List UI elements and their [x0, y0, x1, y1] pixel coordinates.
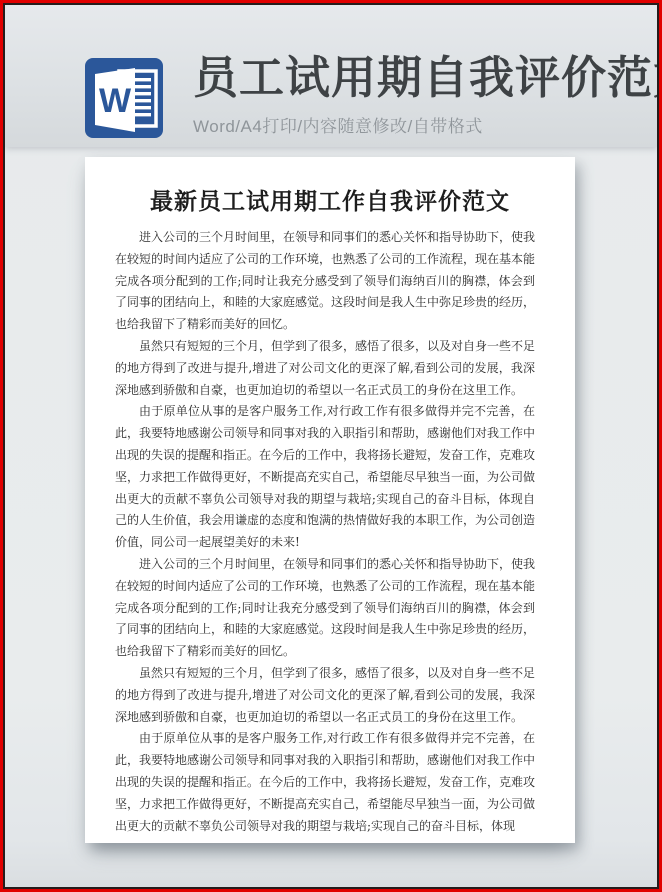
header-text-block: 员工试用期自我评价范文 Word/A4打印/内容随意修改/自带格式 — [193, 53, 662, 137]
doc-paragraph: 虽然只有短短的三个月，但学到了很多，感悟了很多，以及对自身一些不足的地方得到了改… — [115, 336, 535, 401]
doc-paragraph: 进入公司的三个月时间里，在领导和同事们的悉心关怀和指导协助下，使我在较短的时间内… — [115, 227, 535, 336]
doc-paragraph: 进入公司的三个月时间里，在领导和同事们的悉心关怀和指导协助下，使我在较短的时间内… — [115, 554, 535, 663]
doc-paragraph: 由于原单位从事的是客户服务工作,对行政工作有很多做得并完不完善，在此，我要特地感… — [115, 728, 535, 837]
word-icon-letter: W — [99, 82, 132, 120]
doc-paragraph: 虽然只有短短的三个月，但学到了很多，感悟了很多，以及对自身一些不足的地方得到了改… — [115, 663, 535, 728]
document-body: 进入公司的三个月时间里，在领导和同事们的悉心关怀和指导协助下，使我在较短的时间内… — [115, 227, 535, 837]
page-subtitle: Word/A4打印/内容随意修改/自带格式 — [193, 112, 662, 137]
template-preview-page: { "frame": { "outer_color": "#e10000", "… — [0, 0, 662, 892]
document-title: 最新员工试用期工作自我评价范文 — [115, 187, 545, 217]
page-title: 员工试用期自我评价范文 — [193, 53, 662, 103]
doc-paragraph: 由于原单位从事的是客户服务工作,对行政工作有很多做得并完不完善，在此，我要特地感… — [115, 401, 535, 554]
preview-header: W 员工试用期自我评价范文 Word/A4打印/内容随意修改/自带格式 — [5, 5, 657, 147]
word-icon: W — [85, 58, 163, 138]
document-page: 最新员工试用期工作自我评价范文 进入公司的三个月时间里，在领导和同事们的悉心关怀… — [85, 157, 575, 843]
